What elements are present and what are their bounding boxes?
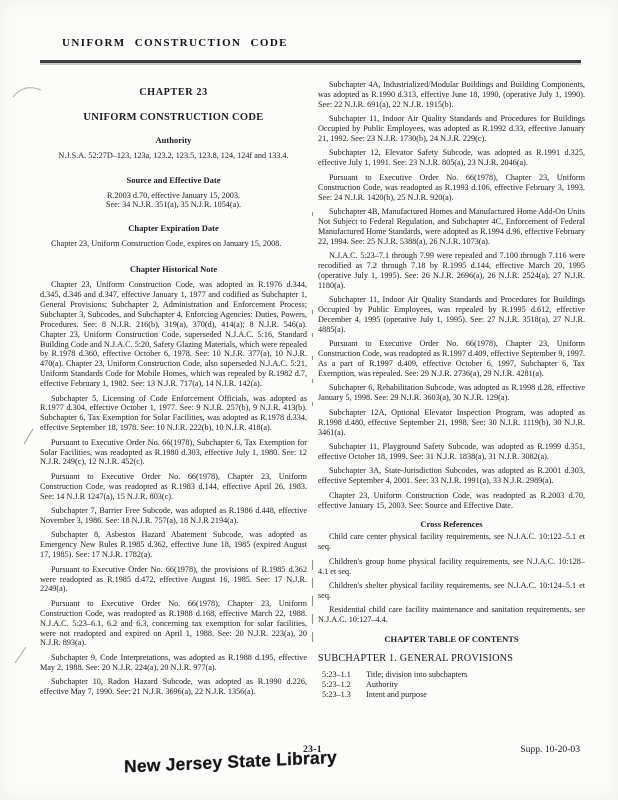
historical-paragraph: Pursuant to Executive Order No. 66(1978)… (40, 472, 307, 502)
cross-reference-item: Children's shelter physical facility req… (318, 581, 585, 601)
history-paragraph: Subchapter 4A, Industrialized/Modular Bu… (318, 80, 585, 110)
supplement-date: Supp. 10-20-03 (520, 744, 580, 755)
toc-entry-number: 5:23–1.2 (322, 680, 366, 690)
history-paragraph: Subchapter 12A, Optional Elevator Inspec… (318, 408, 585, 438)
expiration-heading: Chapter Expiration Date (40, 224, 307, 234)
toc-heading: CHAPTER TABLE OF CONTENTS (318, 635, 585, 645)
left-column: CHAPTER 23 UNIFORM CONSTRUCTION CODE Aut… (40, 80, 307, 697)
history-paragraph: Pursuant to Executive Order No. 66(1978)… (318, 173, 585, 203)
history-paragraph: Pursuant to Executive Order No. 66(1978)… (318, 339, 585, 379)
source-line: R.2003 d.70, effective January 15, 2003. (40, 191, 307, 201)
authority-heading: Authority (40, 136, 307, 146)
toc-entry-title: Title; division into subchapters (366, 670, 585, 680)
cross-reference-item: Residential child care facility maintena… (318, 605, 585, 625)
historical-paragraph: Subchapter 10, Radon Hazard Subcode, was… (40, 677, 307, 697)
historical-paragraph: Subchapter 8, Asbestos Hazard Abatement … (40, 530, 307, 560)
historical-paragraph: Subchapter 7, Barrier Free Subcode, was … (40, 506, 307, 526)
history-paragraph: Chapter 23, Uniform Construction Code, w… (318, 491, 585, 511)
historical-paragraph: Pursuant to Executive Order No. 66(1978)… (40, 565, 307, 595)
chapter-title-heading: UNIFORM CONSTRUCTION CODE (40, 113, 307, 123)
history-paragraph: Subchapter 3A, State-Jurisdiction Subcod… (318, 466, 585, 486)
history-paragraph: Subchapter 12, Elevator Safety Subcode, … (318, 148, 585, 168)
source-line: See: 34 N.J.R. 351(a), 35 N.J.R. 1054(a)… (40, 200, 307, 210)
history-paragraph: N.J.A.C. 5:23–7.1 through 7.99 were repe… (318, 251, 585, 291)
historical-paragraph: Subchapter 5, Licensing of Code Enforcem… (40, 394, 307, 434)
toc-entry-title: Authority (366, 680, 585, 690)
history-paragraph: Subchapter 11, Indoor Air Quality Standa… (318, 114, 585, 144)
pencil-mark (24, 429, 33, 444)
pencil-mark (15, 647, 26, 663)
toc-entry: 5:23–1.3 Intent and purpose (322, 690, 585, 700)
pencil-mark (13, 88, 41, 97)
running-header: UNIFORM CONSTRUCTION CODE (62, 37, 288, 49)
historical-paragraph: Pursuant to Executive Order No. 66(1978)… (40, 438, 307, 468)
historical-paragraph: Chapter 23, Uniform Construction Code, w… (40, 280, 307, 389)
cross-references-heading: Cross References (318, 520, 585, 530)
history-paragraph: Subchapter 6, Rehabilitation Subcode, wa… (318, 383, 585, 403)
right-column: Subchapter 4A, Industrialized/Modular Bu… (318, 80, 585, 701)
toc-subchapter-heading: SUBCHAPTER 1. GENERAL PROVISIONS (318, 653, 585, 665)
history-paragraph: Subchapter 4B, Manufactured Homes and Ma… (318, 207, 585, 247)
historical-note-heading: Chapter Historical Note (40, 265, 307, 275)
history-paragraph: Subchapter 11, Indoor Air Quality Standa… (318, 295, 585, 335)
toc-entry-title: Intent and purpose (366, 690, 585, 700)
toc-entry-number: 5:23–1.3 (322, 690, 366, 700)
toc-entry: 5:23–1.1 Title; division into subchapter… (322, 670, 585, 680)
toc-entry: 5:23–1.2 Authority (322, 680, 585, 690)
toc-entry-number: 5:23–1.1 (322, 670, 366, 680)
source-heading: Source and Effective Date (40, 176, 307, 186)
cross-reference-item: Child care center physical facility requ… (318, 532, 585, 552)
history-paragraph: Subchapter 11, Playground Safety Subcode… (318, 442, 585, 462)
expiration-text: Chapter 23, Uniform Construction Code, e… (40, 239, 307, 249)
document-page: UNIFORM CONSTRUCTION CODE CHAPTER 23 UNI… (0, 0, 618, 800)
header-rule (40, 60, 581, 63)
historical-paragraph: Pursuant to Executive Order No. 66(1978)… (40, 599, 307, 649)
historical-paragraph: Subchapter 9, Code Interpretations, was … (40, 653, 307, 673)
cross-reference-item: Children's group home physical facility … (318, 557, 585, 577)
authority-text: N.J.S.A. 52:27D–123, 123a, 123.2, 123.5,… (40, 151, 307, 161)
library-stamp: New Jersey State Library (124, 747, 324, 777)
chapter-number-heading: CHAPTER 23 (40, 88, 307, 98)
